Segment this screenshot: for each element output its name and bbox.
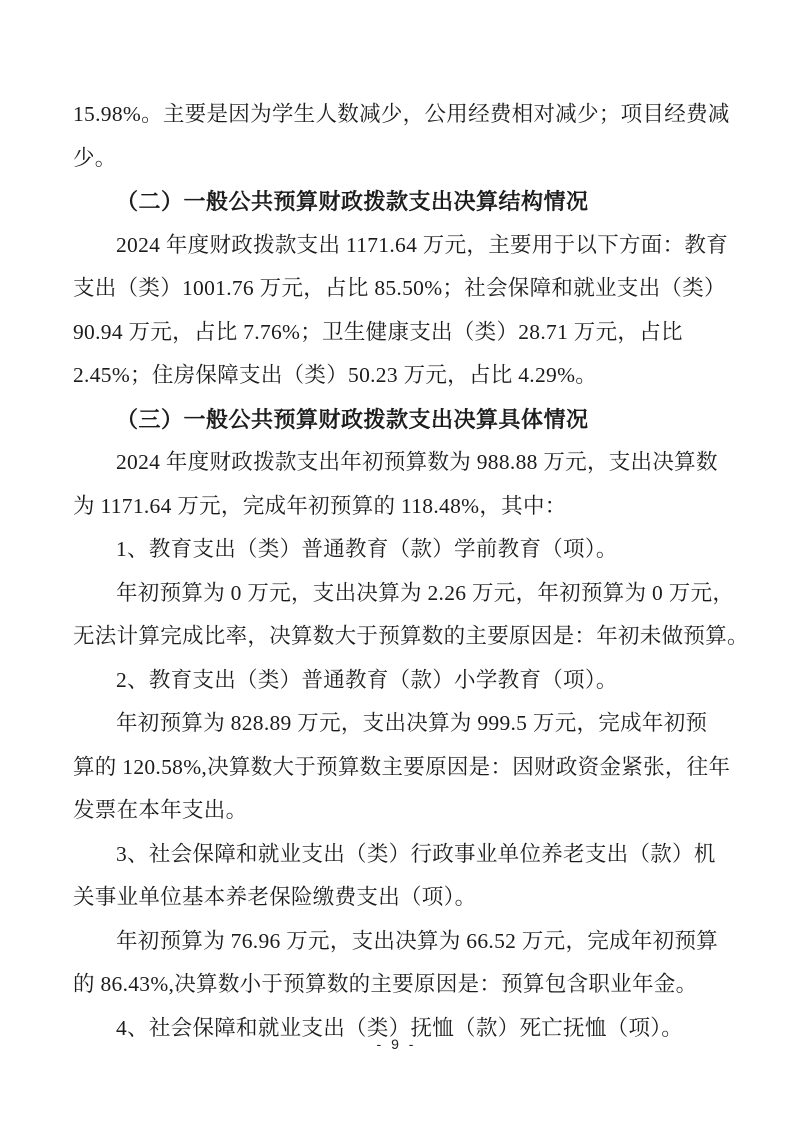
text-line: 15.98%。主要是因为学生人数减少，公用经费相对减少；项目经费减 [73,93,717,137]
section-heading-3: （三）一般公共预算财政拨款支出决算具体情况 [73,398,717,442]
page-number: - 9 - [377,1036,417,1052]
document-page: 15.98%。主要是因为学生人数减少，公用经费相对减少；项目经费减 少。 （二）… [0,0,793,1122]
text-line: 2024 年度财政拨款支出年初预算数为 988.88 万元，支出决算数 [73,441,717,485]
page-footer: - 9 - [0,1036,793,1052]
section-heading-2: （二）一般公共预算财政拨款支出决算结构情况 [73,180,717,224]
page-body: 15.98%。主要是因为学生人数减少，公用经费相对减少；项目经费减 少。 （二）… [73,93,717,1050]
item-1-body: 年初预算为 0 万元，支出决算为 2.26 万元，年初预算为 0 万元， 无法计… [73,572,717,659]
paragraph-detail-overview: 2024 年度财政拨款支出年初预算数为 988.88 万元，支出决算数 为 11… [73,441,717,528]
heading-line: （二）一般公共预算财政拨款支出决算结构情况 [73,180,717,224]
text-line: 为 1171.64 万元，完成年初预算的 118.48%，其中： [73,485,717,529]
item-3-body: 年初预算为 76.96 万元，支出决算为 66.52 万元，完成年初预算 的 8… [73,920,717,1007]
text-line: 支出（类）1001.76 万元，占比 85.50%；社会保障和就业支出（类） [73,267,717,311]
text-line: 的 86.43%,决算数小于预算数的主要原因是：预算包含职业年金。 [73,963,717,1007]
text-line: 年初预算为 828.89 万元，支出决算为 999.5 万元，完成年初预 [73,702,717,746]
text-line: 2024 年度财政拨款支出 1171.64 万元，主要用于以下方面：教育 [73,224,717,268]
text-line: 1、教育支出（类）普通教育（款）学前教育（项）。 [73,528,717,572]
paragraph-structure-overview: 2024 年度财政拨款支出 1171.64 万元，主要用于以下方面：教育 支出（… [73,224,717,398]
item-1-title: 1、教育支出（类）普通教育（款）学前教育（项）。 [73,528,717,572]
paragraph-continuation: 15.98%。主要是因为学生人数减少，公用经费相对减少；项目经费减 少。 [73,93,717,180]
item-3-title: 3、社会保障和就业支出（类）行政事业单位养老支出（款）机 关事业单位基本养老保险… [73,833,717,920]
text-line: 90.94 万元，占比 7.76%；卫生健康支出（类）28.71 万元，占比 [73,311,717,355]
text-line: 无法计算完成比率，决算数大于预算数的主要原因是：年初未做预算。 [73,615,717,659]
text-line: 年初预算为 76.96 万元，支出决算为 66.52 万元，完成年初预算 [73,920,717,964]
text-line: 关事业单位基本养老保险缴费支出（项）。 [73,876,717,920]
text-line: 2.45%；住房保障支出（类）50.23 万元，占比 4.29%。 [73,354,717,398]
item-2-body: 年初预算为 828.89 万元，支出决算为 999.5 万元，完成年初预 算的 … [73,702,717,833]
text-line: 年初预算为 0 万元，支出决算为 2.26 万元，年初预算为 0 万元， [73,572,717,616]
heading-line: （三）一般公共预算财政拨款支出决算具体情况 [73,398,717,442]
item-2-title: 2、教育支出（类）普通教育（款）小学教育（项）。 [73,659,717,703]
text-line: 少。 [73,137,717,181]
text-line: 发票在本年支出。 [73,789,717,833]
text-line: 3、社会保障和就业支出（类）行政事业单位养老支出（款）机 [73,833,717,877]
text-line: 2、教育支出（类）普通教育（款）小学教育（项）。 [73,659,717,703]
text-line: 算的 120.58%,决算数大于预算数主要原因是：因财政资金紧张，往年 [73,746,717,790]
